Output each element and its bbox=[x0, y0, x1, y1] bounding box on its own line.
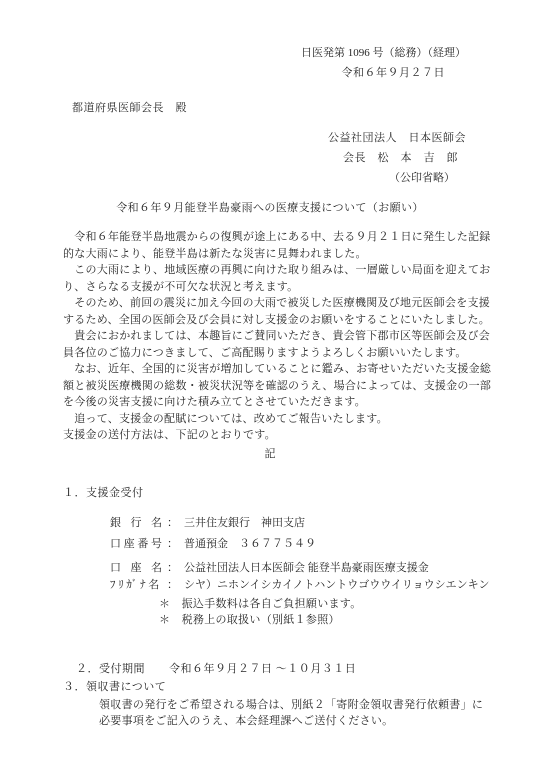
bank-row-label: ﾌﾘｶﾞﾅ名 bbox=[110, 578, 162, 592]
body-text: 令和６年能登半島地震からの復興が途上にある中、去る９月２１日に発生した記録 的な… bbox=[63, 229, 487, 444]
section3-line: 必要事項をご記入のうえ、本会経理課へご送付ください。 bbox=[99, 714, 393, 728]
body-line: なお、近年、全国的に災害が増加していることに鑑み、お寄せいただいた支援金総 bbox=[63, 361, 487, 378]
body-line: するため、全国の医師会及び会員に対し支援金のお願いをすることにいたしました。 bbox=[63, 312, 487, 329]
section3-line: 領収書の発行をご希望される場合は、別紙２「寄附金領収書発行依頼書」に bbox=[99, 698, 483, 712]
sender-org: 公益社団法人 日本医師会 bbox=[328, 131, 466, 145]
body-line: を今後の災害支援に向けた積み立てとさせていただきます。 bbox=[63, 394, 487, 411]
body-line: 員各位のご協力につきまして、ご高配賜りますようよろしくお願いいたします。 bbox=[63, 345, 487, 362]
body-line: 追って、支援金の配賦については、改めてご報告いたします。 bbox=[63, 411, 487, 428]
section2-heading: ２．受付期間 bbox=[76, 663, 145, 675]
note-transfer-fee: ＊ 振込手数料は各自ご負担願います。 bbox=[159, 597, 362, 611]
section3-heading: ３．領収書について bbox=[63, 680, 166, 694]
bank-row-value: シヤ）ニホンイシカイノトハントウゴウウイリョウシエンキン bbox=[184, 579, 489, 591]
doc-title: 令和６年９月能登半島豪雨への医療支援について（お願い） bbox=[0, 201, 540, 215]
record-marker: 記 bbox=[0, 447, 540, 461]
sender-name: 会長 松 本 吉 郎 bbox=[343, 151, 458, 165]
note-tax-treatment: ＊ 税務上の取扱い（別紙１参照） bbox=[159, 613, 340, 627]
section1-heading: １．支援金受付 bbox=[63, 486, 144, 500]
section2-value: 令和６年９月２７日 ～１０月３１日 bbox=[169, 663, 356, 675]
body-line: 令和６年能登半島地震からの復興が途上にある中、去る９月２１日に発生した記録 bbox=[63, 229, 487, 246]
recipient: 都道府県医師会長 殿 bbox=[72, 101, 187, 115]
body-line: そのため、前回の震災に加え今回の大雨で被災した医療機関及び地元医師会を支援 bbox=[63, 295, 487, 312]
body-line: 支援金の送付方法は、下記のとおりです。 bbox=[63, 427, 487, 444]
doc-date: 令和６年９月２７日 bbox=[342, 66, 446, 80]
document-page: 日医発第 1096 号（総務）（経理） 令和６年９月２７日 都道府県医師会長 殿… bbox=[0, 0, 540, 763]
seal-note: （公印省略） bbox=[389, 171, 455, 185]
body-line: 的な大雨により、能登半島は新たな災害に見舞われました。 bbox=[63, 246, 487, 263]
doc-number: 日医発第 1096 号（総務）（経理） bbox=[301, 46, 466, 60]
bank-row-colon: ： bbox=[167, 578, 178, 592]
body-line: この大雨により、地域医療の再興に向けた取り組みは、一層厳しい局面を迎えてお bbox=[63, 262, 487, 279]
body-line: り、さらなる支援が不可欠な状況と考えます。 bbox=[63, 279, 487, 296]
body-line: 額と被災医療機関の総数・被災状況等を確認のうえ、場合によっては、支援金の一部 bbox=[63, 378, 487, 395]
body-line: 貴会におかれましては、本趣旨にご賛同いただき、貴会管下郡市区等医師会及び会 bbox=[63, 328, 487, 345]
